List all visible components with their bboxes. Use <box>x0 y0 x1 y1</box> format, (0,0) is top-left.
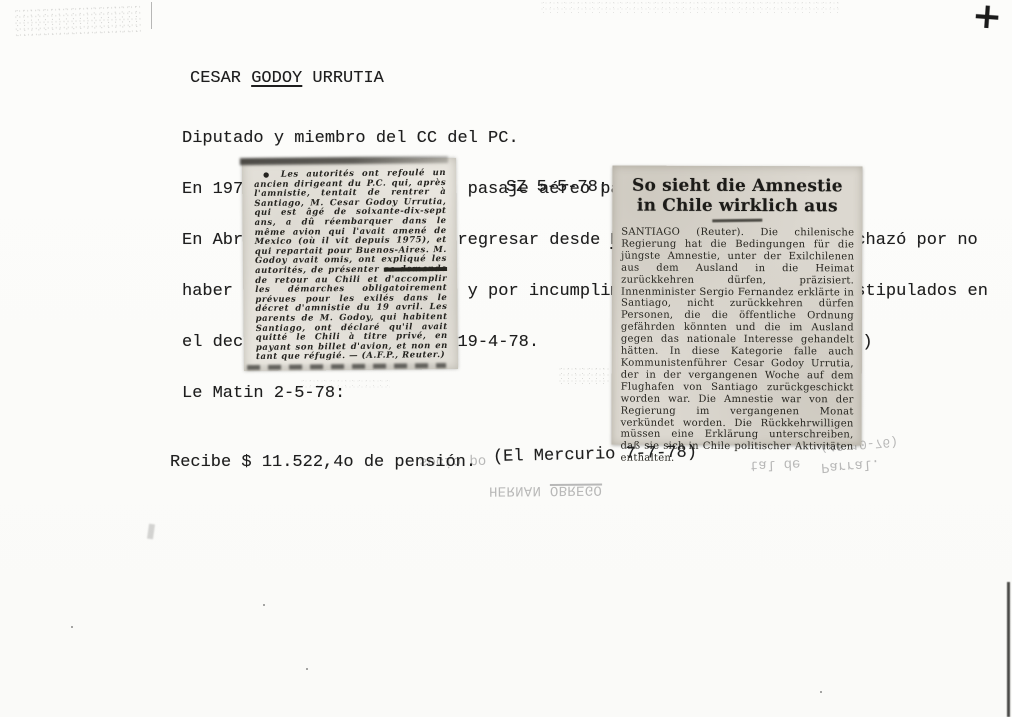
scan-artifact-mark <box>147 524 155 540</box>
le-matin-source-label: Le Matin 2-5-78: <box>182 385 988 402</box>
scan-edge-line <box>1007 582 1010 717</box>
french-text-part: de retour au Chili et d'accomplir les dé… <box>255 274 448 363</box>
headline-line: So sieht die Amnestie <box>612 177 862 197</box>
clipping-headline: So sieht die Amnestie in Chile wirklich … <box>612 166 862 217</box>
scan-noise-smudge <box>540 0 840 13</box>
scanned-document-page: + CESAR GODOY URRUTIA Diputado y miembro… <box>0 0 1012 717</box>
scan-artifact-line <box>151 2 152 29</box>
bleed-name-part: HERNAN <box>489 482 550 499</box>
name-part: URRUTIA <box>302 69 384 88</box>
clipping-text-german: SANTIAGO (Reuter). Die chilenische Regie… <box>611 224 862 466</box>
bleed-name-underlined: OBREGO <box>550 482 602 498</box>
subject-name-heading: CESAR GODOY URRUTIA <box>190 70 988 87</box>
mercurio-source-label: (El Mercurio 7-7-78) <box>493 444 697 466</box>
headline-divider <box>712 219 762 223</box>
handwritten-plus-mark: + <box>971 0 1004 38</box>
scan-speck <box>820 691 822 693</box>
scan-speck <box>306 668 308 670</box>
newspaper-clipping-sz: So sieht die Amnestie in Chile wirklich … <box>612 166 863 446</box>
sz-source-label: SZ 5-5-78: <box>506 179 608 196</box>
pension-note: Recibe $ 11.522,4o de pensión. <box>170 454 476 471</box>
scan-speck <box>263 604 265 606</box>
bullet-icon: ● <box>263 170 273 179</box>
clipping-text-french: ● Les autorités ont refoulé un ancien di… <box>242 158 458 369</box>
scan-speck <box>71 626 73 628</box>
headline-line: in Chile wirklich aus <box>612 196 862 216</box>
french-text-part: Les autorités ont refoulé un ancien diri… <box>254 168 447 276</box>
typed-line: Diputado y miembro del CC del PC. <box>182 130 988 147</box>
bleedthrough-name: HERNAN OBREGO <box>489 482 602 499</box>
name-part: CESAR <box>190 69 251 88</box>
newspaper-clipping-le-matin: ● Les autorités ont refoulé un ancien di… <box>242 158 458 371</box>
name-part-underlined: GODOY <box>251 69 302 88</box>
scan-noise-smudge <box>14 4 143 38</box>
